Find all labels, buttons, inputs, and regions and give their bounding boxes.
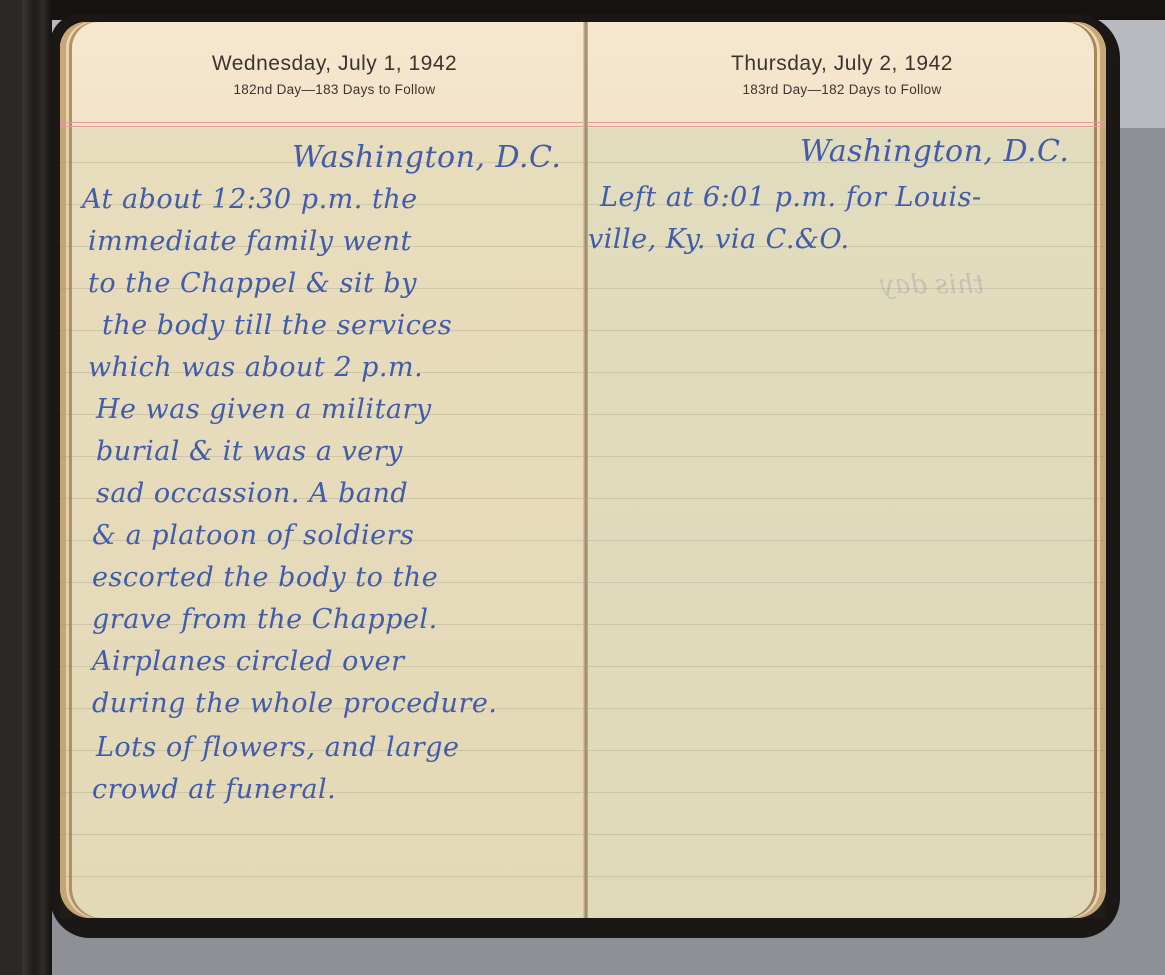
ruled-line bbox=[588, 288, 1106, 289]
ruled-line bbox=[588, 876, 1106, 877]
ruled-line bbox=[588, 624, 1106, 625]
entry-line: to the Chappel & sit by bbox=[88, 268, 417, 299]
header-rule bbox=[588, 126, 1106, 127]
ruled-line bbox=[588, 330, 1106, 331]
entry-line: burial & it was a very bbox=[96, 436, 403, 467]
entry-line: ville, Ky. via C.&O. bbox=[588, 224, 850, 255]
ruled-line bbox=[588, 498, 1106, 499]
ruled-line bbox=[588, 750, 1106, 751]
entry-line: escorted the body to the bbox=[92, 562, 438, 593]
ruled-line bbox=[588, 540, 1106, 541]
entry-line: sad occassion. A band bbox=[96, 478, 408, 509]
right-page-day-count: 183rd Day—182 Days to Follow bbox=[588, 82, 1096, 97]
left-entry-location: Washington, D.C. bbox=[292, 140, 561, 175]
entry-line: the body till the services bbox=[102, 310, 452, 341]
entry-line: grave from the Chappel. bbox=[92, 604, 438, 635]
ruled-line bbox=[60, 834, 585, 835]
ruled-line bbox=[588, 666, 1106, 667]
ruled-line bbox=[588, 414, 1106, 415]
header-rule bbox=[60, 122, 585, 123]
entry-line: immediate family went bbox=[88, 226, 412, 257]
bleed-through-text: this day bbox=[880, 270, 984, 300]
entry-line: which was about 2 p.m. bbox=[88, 352, 423, 383]
left-page: Wednesday, July 1, 1942 182nd Day—183 Da… bbox=[60, 22, 585, 918]
right-page: Thursday, July 2, 1942 183rd Day—182 Day… bbox=[588, 22, 1106, 918]
left-page-date: Wednesday, July 1, 1942 bbox=[84, 52, 585, 76]
entry-line: during the whole procedure. bbox=[92, 688, 497, 719]
entry-line: Airplanes circled over bbox=[92, 646, 405, 677]
ruled-line bbox=[588, 708, 1106, 709]
ruled-line bbox=[588, 582, 1106, 583]
ruled-line bbox=[60, 876, 585, 877]
header-rule bbox=[60, 126, 585, 127]
ruled-line bbox=[588, 792, 1106, 793]
left-page-day-count: 182nd Day—183 Days to Follow bbox=[84, 82, 585, 97]
ruled-line bbox=[588, 834, 1106, 835]
right-entry-location: Washington, D.C. bbox=[800, 134, 1069, 169]
entry-line: & a platoon of soldiers bbox=[92, 520, 414, 551]
entry-line: Left at 6:01 p.m. for Louis- bbox=[600, 182, 982, 213]
left-page-header: Wednesday, July 1, 1942 182nd Day—183 Da… bbox=[84, 52, 585, 97]
ruled-line bbox=[588, 372, 1106, 373]
entry-line: He was given a military bbox=[96, 394, 432, 425]
right-page-date: Thursday, July 2, 1942 bbox=[588, 52, 1096, 76]
header-rule bbox=[588, 122, 1106, 123]
ruled-line bbox=[588, 456, 1106, 457]
entry-line: crowd at funeral. bbox=[92, 774, 336, 805]
entry-line: Lots of flowers, and large bbox=[96, 732, 459, 763]
right-page-header: Thursday, July 2, 1942 183rd Day—182 Day… bbox=[588, 52, 1096, 97]
entry-line: At about 12:30 p.m. the bbox=[82, 184, 418, 215]
binding-strip bbox=[0, 0, 22, 975]
binding-strip-shadow bbox=[22, 0, 52, 975]
